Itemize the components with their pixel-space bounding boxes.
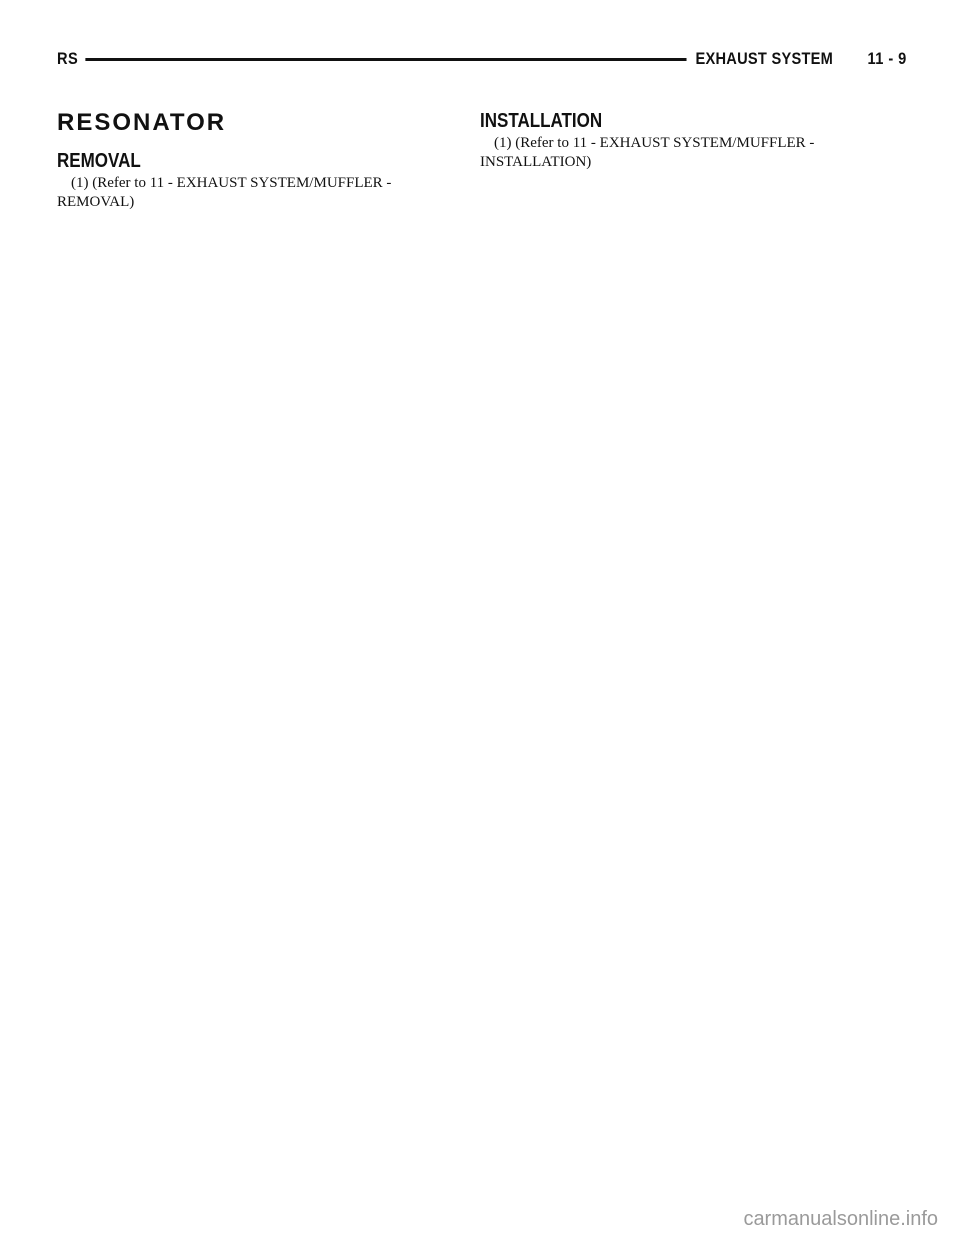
installation-step-line1: (1) (Refer to 11 - EXHAUST SYSTEM/MUFFLE…: [494, 135, 814, 151]
page-header: RS EXHAUST SYSTEM 11 - 9: [57, 46, 907, 72]
page-title: RESONATOR: [57, 108, 452, 138]
installation-heading: INSTALLATION: [480, 110, 816, 132]
installation-step-line2: INSTALLATION): [480, 154, 591, 170]
removal-step: (1) (Refer to 11 - EXHAUST SYSTEM/MUFFLE…: [57, 174, 452, 212]
left-column: RESONATOR REMOVAL (1) (Refer to 11 - EXH…: [57, 108, 452, 212]
section-title: EXHAUST SYSTEM: [695, 49, 833, 69]
removal-step-line1: (1) (Refer to 11 - EXHAUST SYSTEM/MUFFLE…: [71, 175, 391, 191]
header-rule: [85, 58, 687, 61]
removal-heading: REMOVAL: [57, 150, 393, 172]
page-number: 11 - 9: [868, 49, 907, 69]
installation-step: (1) (Refer to 11 - EXHAUST SYSTEM/MUFFLE…: [480, 134, 875, 172]
watermark: carmanualsonline.info: [743, 1208, 938, 1231]
removal-step-line2: REMOVAL): [57, 194, 134, 210]
vehicle-code: RS: [57, 49, 78, 69]
right-column: INSTALLATION (1) (Refer to 11 - EXHAUST …: [480, 110, 875, 172]
